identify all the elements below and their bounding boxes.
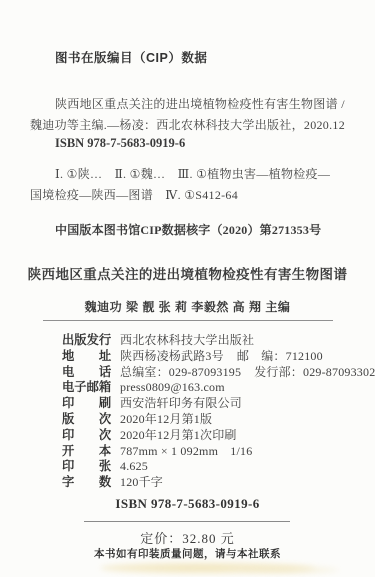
info-value: 787mm × 1 092mm 1/16 (120, 442, 252, 459)
cip-record-line2: 魏迪功等主编.—杨凌：西北农林科技大学出版社，2020.12 (30, 116, 345, 133)
info-row-address: 地 址 陕西杨凌杨武路3号 邮 编：712100 (62, 346, 362, 362)
info-value: 2020年12月第1次印刷 (120, 426, 237, 443)
price-line: 定价：32.80 元 (0, 528, 375, 547)
info-value: press0809@163.com (120, 380, 225, 395)
info-value: 总编室：029-87093195 (120, 363, 241, 380)
publication-info: 出版发行 西北农林科技大学出版社 地 址 陕西杨凌杨武路3号 邮 编：71210… (62, 330, 362, 488)
info-value: 西安浩轩印务有限公司 (120, 394, 242, 411)
cip-class-line1: Ⅰ. ①陕… Ⅱ. ①魏… Ⅲ. ①植物虫害—植物检疫— (55, 165, 330, 182)
info-row-phone: 电 话 总编室：029-87093195 发行部：029-87093302 (62, 362, 362, 378)
info-row-impression: 印 次 2020年12月第1次印刷 (62, 425, 362, 441)
info-label: 字 数 (62, 472, 114, 490)
info-row-edition: 版 次 2020年12月第1版 (62, 409, 362, 425)
info-extra: 邮 编：712100 (237, 347, 323, 364)
cip-isbn: ISBN 978-7-5683-0919-6 (55, 136, 185, 151)
info-value: 2020年12月第1版 (120, 410, 212, 427)
copyright-page: 图书在版编目（CIP）数据 陕西地区重点关注的进出境植物检疫性有害生物图谱 / … (0, 0, 375, 577)
quality-note: 本书如有印装质量问题，请与本社联系 (0, 546, 375, 561)
info-value: 4.625 (120, 459, 148, 474)
cip-registry-number: 中国版本图书馆CIP数据核字（2020）第271353号 (55, 221, 321, 238)
cip-heading: 图书在版编目（CIP）数据 (55, 48, 207, 66)
info-row-printer: 印 刷 西安浩轩印务有限公司 (62, 393, 362, 409)
info-row-sheets: 印 张 4.625 (62, 456, 362, 472)
divider-top (43, 320, 333, 321)
isbn-footer: ISBN 978-7-5683-0919-6 (0, 496, 375, 512)
cip-class-line2: 国境检疫—陕西—图谱 Ⅳ. ①S412-64 (30, 186, 238, 203)
info-value: 120千字 (120, 473, 163, 490)
info-row-wordcount: 字 数 120千字 (62, 472, 362, 488)
info-extra: 发行部：029-87093302 (254, 363, 375, 380)
divider-bottom (84, 521, 290, 522)
info-row-email: 电子邮箱 press0809@163.com (62, 377, 362, 393)
cip-record-line1: 陕西地区重点关注的进出境植物检疫性有害生物图谱 / (55, 95, 345, 112)
info-value: 西北农林科技大学出版社 (120, 331, 254, 348)
authors-line: 魏迪功 梁 靓 张 莉 李毅然 高 翔 主编 (0, 298, 375, 315)
info-value: 陕西杨凌杨武路3号 (120, 347, 224, 364)
info-row-publisher: 出版发行 西北农林科技大学出版社 (62, 330, 362, 346)
scan-artifact-secondary (240, 566, 340, 574)
book-title: 陕西地区重点关注的进出境植物检疫性有害生物图谱 (0, 263, 375, 283)
info-row-format: 开 本 787mm × 1 092mm 1/16 (62, 441, 362, 457)
